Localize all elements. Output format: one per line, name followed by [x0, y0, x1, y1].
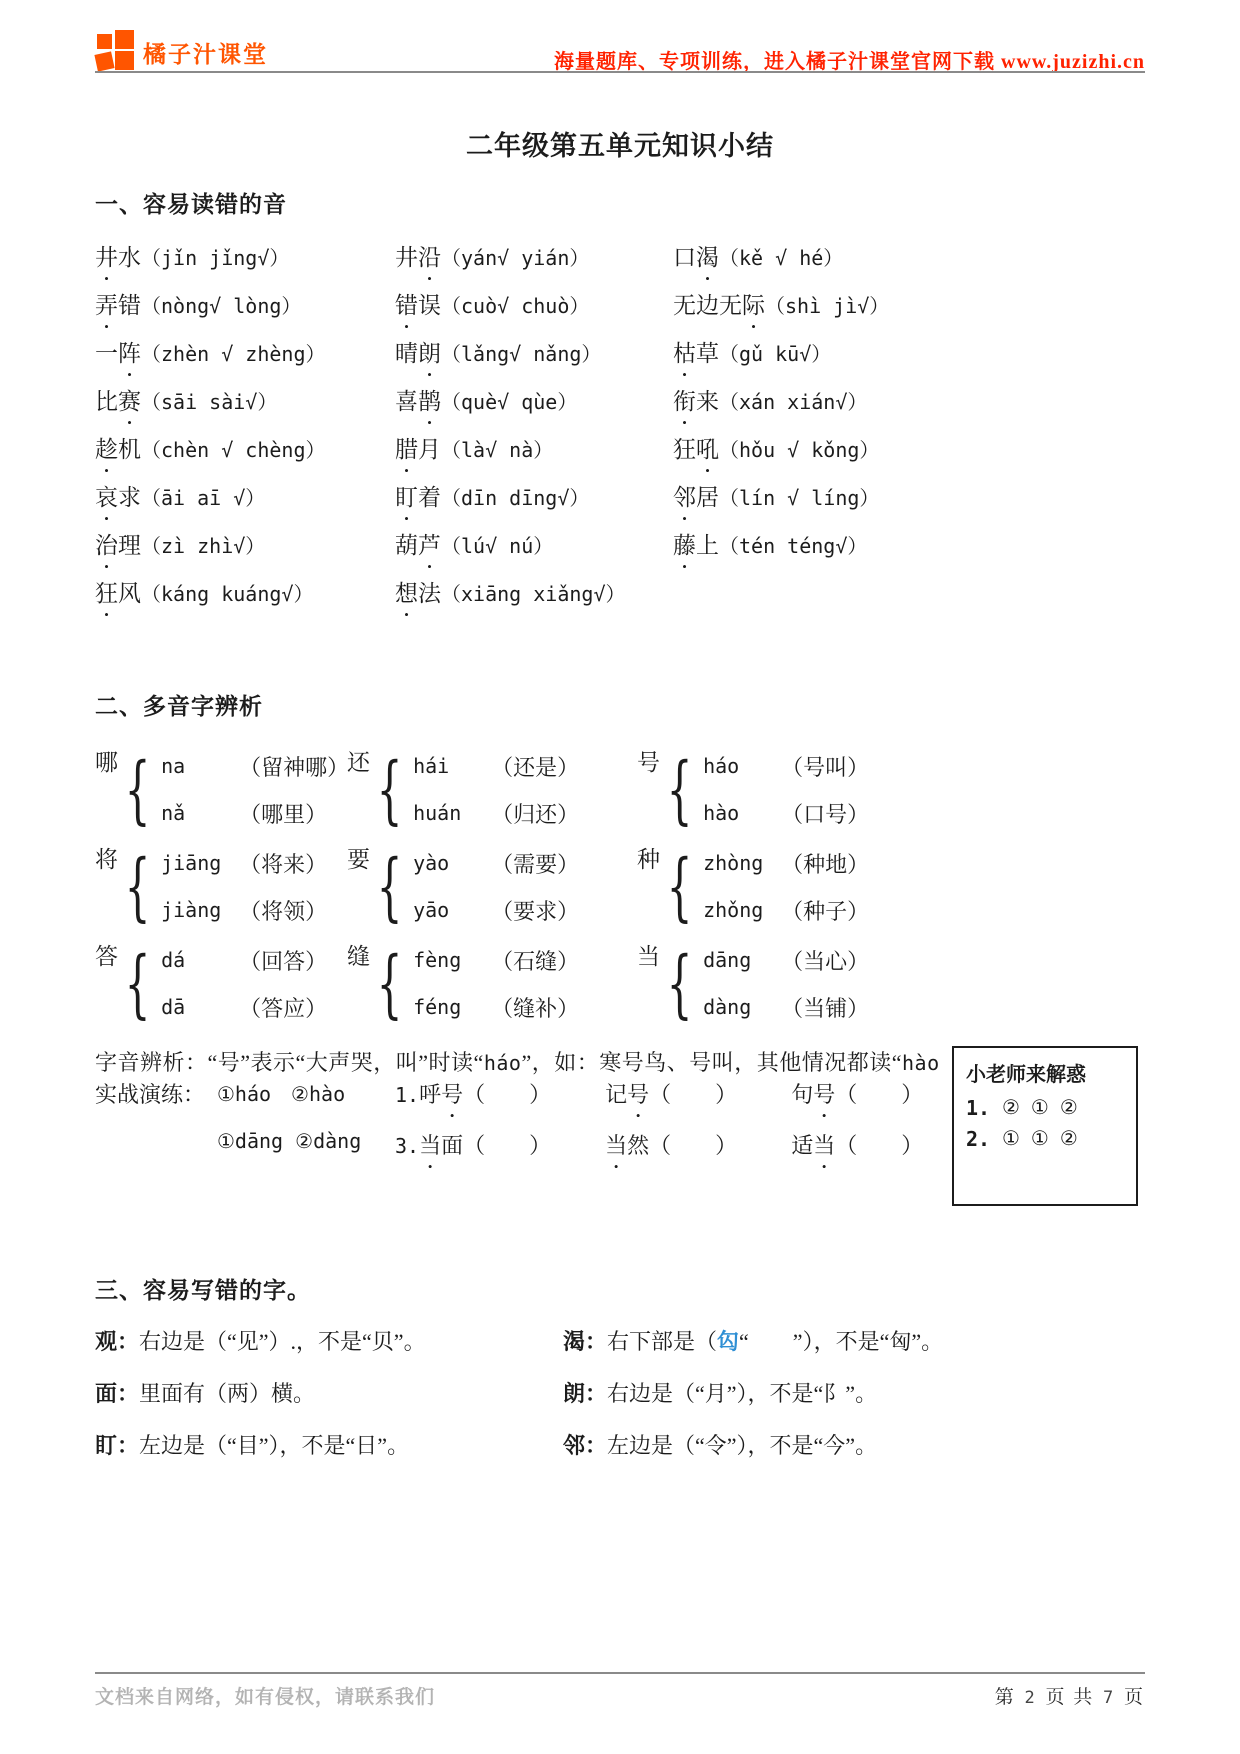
pinyin-options: （sāi sài√） [141, 390, 277, 414]
reading-example: （需要） [491, 848, 579, 879]
orange-squares-logo-icon [95, 30, 137, 74]
reading-pinyin: dàng [703, 995, 781, 1019]
reading-example: （还是） [491, 751, 579, 782]
word-row: 治理（zì zhì√）葫芦（lú√ nú）藤上（tén téng√） [95, 527, 1155, 575]
drill-item-number: 1. [395, 1083, 419, 1107]
drill-options: ①háo ②hào [217, 1078, 395, 1107]
word-row: 哀求（āi aī √）盯着（dīn dīng√）邻居（lín √ líng） [95, 479, 1155, 527]
reading-pinyin: yāo [413, 898, 491, 922]
test-word: 弄错 [95, 293, 141, 318]
pinyin-options: （lín √ líng） [719, 486, 879, 510]
reading-item: jiāng（将来） [161, 840, 327, 887]
pinyin-options: （dīn dīng√） [441, 486, 589, 510]
reading-pinyin: jiàng [161, 898, 239, 922]
handwritten-blue-char: 匃 [717, 1329, 739, 1354]
pinyin-options: （zì zhì√） [141, 534, 265, 558]
test-word: 枯草 [673, 341, 719, 366]
test-word: 呼号 [419, 1082, 463, 1107]
answer-number: 1. [966, 1096, 1002, 1120]
test-word: 趁机 [95, 437, 141, 462]
reading-pinyin: zhòng [703, 851, 781, 875]
answer-blank: （ ） [835, 1133, 923, 1158]
word-entry: 井水（jǐn jǐng√） [95, 239, 395, 272]
test-word: 适当 [791, 1133, 835, 1158]
pinyin-options: （hǒu √ kǒng） [719, 438, 879, 462]
reading-example: （要求） [491, 895, 579, 926]
brand-logo: 橘子汁课堂 [95, 30, 268, 74]
total-page-number: 7 [1101, 1688, 1117, 1708]
reading-example: （当心） [781, 945, 869, 976]
test-word: 记号 [605, 1082, 649, 1107]
drill-options: ①dāng ②dàng [217, 1129, 395, 1153]
reading-example: （石缝） [491, 945, 579, 976]
reading-example: （回答） [239, 945, 327, 976]
word-entry: 口渴（kě √ hé） [673, 239, 1155, 272]
reading-pinyin: jiāng [161, 851, 239, 875]
word-row: 狂风（káng kuáng√）想法（xiāng xiǎng√） [95, 575, 1155, 623]
miswritten-row: 观：右边是（“见”）.，不是“贝”。渴：右下部是（匃“ ”），不是“匈”。 [95, 1325, 1155, 1377]
reading-pinyin: dá [161, 948, 239, 972]
pinyin-options: （xán xián√） [719, 390, 867, 414]
footer-disclaimer: 文档来自网络，如有侵权，请联系我们 [95, 1682, 435, 1709]
page-number-mid: 页 共 [1045, 1687, 1094, 1708]
polyphonic-char: 号 [637, 741, 660, 785]
page-footer: 文档来自网络，如有侵权，请联系我们 第 2 页 共 7 页 [95, 1682, 1145, 1709]
test-word: 当然 [605, 1133, 649, 1158]
word-entry: 枯草（gǔ kū√） [673, 335, 1155, 368]
pinyin-options: （què√ qùe） [441, 390, 577, 414]
reading-item: féng（缝补） [413, 984, 579, 1031]
test-word: 无边无际 [673, 293, 765, 318]
test-word: 井沿 [395, 245, 441, 270]
section3-heading: 三、容易写错的字。 [95, 1272, 1155, 1305]
reading-example: （答应） [239, 992, 327, 1023]
pinyin-options: （tén téng√） [719, 534, 867, 558]
reading-example: （留神哪） [239, 751, 347, 782]
miswritten-row: 面：里面有（两）横。朗：右边是（“月”），不是“阝”。 [95, 1377, 1155, 1429]
polyphonic-groups: 哪{na（留神哪）nǎ（哪里）还{hái（还是）huán（归还）号{háo（号叫… [95, 741, 1155, 1032]
pinyin-options: （zhèn √ zhèng） [141, 342, 326, 366]
reading-item: jiàng（将领） [161, 887, 327, 934]
polyphonic-char: 当 [637, 935, 660, 979]
reading-item: nǎ（哪里） [161, 790, 347, 837]
pinyin-options: （là√ nà） [441, 438, 553, 462]
test-word: 句号 [791, 1082, 835, 1107]
reading-pinyin: na [161, 754, 239, 778]
answer-blank: （ ） [649, 1082, 737, 1107]
drill-item: 1.呼号（ ） [395, 1078, 551, 1109]
entry-text: 里面有（两）横。 [139, 1381, 315, 1406]
word-entry: 葫芦（lú√ nú） [395, 527, 673, 560]
pinyin-options: （chèn √ chèng） [141, 438, 326, 462]
word-entry: 趁机（chèn √ chèng） [95, 431, 395, 464]
section2-heading: 二、多音字辨析 [95, 688, 1155, 721]
page-number: 第 2 页 共 7 页 [995, 1682, 1145, 1709]
miswritten-entry: 邻：左边是（“令”），不是“今”。 [563, 1429, 1155, 1460]
word-row: 弄错（nòng√ lòng）错误（cuò√ chuò）无边无际（shì jì√） [95, 287, 1155, 335]
reading-item: na（留神哪） [161, 743, 347, 790]
word-row: 一阵（zhèn √ zhèng）晴朗（lǎng√ nǎng）枯草（gǔ kū√） [95, 335, 1155, 383]
drill-item: 当然（ ） [605, 1129, 737, 1160]
reading-item: dā（答应） [161, 984, 327, 1031]
reading-item: zhòng（种地） [703, 840, 869, 887]
polyphonic-group: 缝{fèng（石缝）féng（缝补） [347, 935, 637, 1032]
drill-item: 3.当面（ ） [395, 1129, 551, 1160]
note-segment: háo [484, 1051, 522, 1075]
polyphonic-char: 答 [95, 935, 118, 979]
answer-box-answers: 1.② ① ②2.① ① ② [966, 1095, 1124, 1151]
miswritten-entry: 盯：左边是（“目”），不是“日”。 [95, 1429, 563, 1460]
note-segment: 字音辨析：“号”表示“大声哭，叫”时读“ [95, 1050, 484, 1075]
section-misread-sounds: 一、容易读错的音 井水（jǐn jǐng√）井沿（yán√ yián）口渴（kě… [95, 186, 1155, 623]
reading-example: （口号） [781, 798, 869, 829]
polyphonic-group: 还{hái（还是）huán（归还） [347, 741, 637, 838]
polyphonic-char: 种 [637, 838, 660, 882]
note-segment: ”，如：寒号鸟、号叫，其他情况都读“ [521, 1050, 902, 1075]
test-word: 盯着 [395, 485, 441, 510]
word-entry: 错误（cuò√ chuò） [395, 287, 673, 320]
drill-label: 实战演练： [95, 1078, 217, 1109]
page-number-suffix: 页 [1124, 1687, 1145, 1708]
polyphonic-group: 答{dá（回答）dā（答应） [95, 935, 347, 1032]
reading-example: （将领） [239, 895, 327, 926]
reading-example: （归还） [491, 798, 579, 829]
test-word: 错误 [395, 293, 441, 318]
curly-brace: { [377, 743, 403, 837]
document-page: 橘子汁课堂 海量题库、专项训练，进入橘子汁课堂官网下载 www.juzizhi.… [0, 0, 1240, 1754]
test-word: 狂吼 [673, 437, 719, 462]
reading-example: （号叫） [781, 751, 869, 782]
miswritten-entry: 面：里面有（两）横。 [95, 1377, 563, 1408]
curly-brace: { [125, 743, 151, 837]
target-char: 渴： [563, 1329, 607, 1354]
polyphonic-char: 将 [95, 838, 118, 882]
reading-pinyin: fèng [413, 948, 491, 972]
answer-blank: （ ） [463, 1133, 551, 1158]
target-char: 邻： [563, 1433, 607, 1458]
page-number-prefix: 第 [995, 1687, 1016, 1708]
drill-item: 记号（ ） [605, 1078, 737, 1109]
test-word: 哀求 [95, 485, 141, 510]
test-word: 晴朗 [395, 341, 441, 366]
test-word: 治理 [95, 533, 141, 558]
reading-item: dá（回答） [161, 937, 327, 984]
polyphonic-char: 缝 [347, 935, 370, 979]
test-word: 井水 [95, 245, 141, 270]
curly-brace: { [377, 840, 403, 934]
reading-pinyin: háo [703, 754, 781, 778]
drill-item-number: 3. [395, 1134, 419, 1158]
page-title: 二年级第五单元知识小结 [0, 124, 1240, 163]
miswritten-row: 盯：左边是（“目”），不是“日”。邻：左边是（“令”），不是“今”。 [95, 1429, 1155, 1481]
miswritten-entry: 渴：右下部是（匃“ ”），不是“匈”。 [563, 1325, 1155, 1356]
test-word: 衔来 [673, 389, 719, 414]
reading-example: （当铺） [781, 992, 869, 1023]
test-word: 葫芦 [395, 533, 441, 558]
reading-example: （缝补） [491, 992, 579, 1023]
word-entry: 弄错（nòng√ lòng） [95, 287, 395, 320]
word-entry: 井沿（yán√ yián） [395, 239, 673, 272]
test-word: 藤上 [673, 533, 719, 558]
entry-text: “ ”），不是“匈”。 [739, 1329, 943, 1354]
reading-item: dàng（当铺） [703, 984, 869, 1031]
entry-text: 右边是（“月”），不是“阝”。 [607, 1381, 877, 1406]
curly-brace: { [125, 840, 151, 934]
polyphonic-char: 还 [347, 741, 370, 785]
curly-brace: { [667, 937, 693, 1031]
test-word: 喜鹊 [395, 389, 441, 414]
word-row: 趁机（chèn √ chèng）腊月（là√ nà）狂吼（hǒu √ kǒng） [95, 431, 1155, 479]
word-entry: 喜鹊（què√ qùe） [395, 383, 673, 416]
reading-item: zhǒng（种子） [703, 887, 869, 934]
target-char: 观： [95, 1329, 139, 1354]
pinyin-options: （lú√ nú） [441, 534, 553, 558]
section-miswritten-chars: 三、容易写错的字。 观：右边是（“见”）.，不是“贝”。渴：右下部是（匃“ ”）… [95, 1272, 1155, 1481]
word-entry: 哀求（āi aī √） [95, 479, 395, 512]
reading-pinyin: féng [413, 995, 491, 1019]
footer-divider [95, 1672, 1145, 1674]
word-entry: 腊月（là√ nà） [395, 431, 673, 464]
polyphonic-group: 哪{na（留神哪）nǎ（哪里） [95, 741, 347, 838]
polyphonic-char: 哪 [95, 741, 118, 785]
header-divider [95, 71, 1145, 73]
word-entry: 治理（zì zhì√） [95, 527, 395, 560]
word-entry: 盯着（dīn dīng√） [395, 479, 673, 512]
test-word: 比赛 [95, 389, 141, 414]
test-word: 邻居 [673, 485, 719, 510]
word-entry: 狂风（káng kuáng√） [95, 575, 395, 608]
polyphonic-group: 当{dāng（当心）dàng（当铺） [637, 935, 1155, 1032]
reading-pinyin: hái [413, 754, 491, 778]
reading-item: yào（需要） [413, 840, 579, 887]
pinyin-options: （lǎng√ nǎng） [441, 342, 601, 366]
curly-brace: { [377, 937, 403, 1031]
miswritten-entry: 观：右边是（“见”）.，不是“贝”。 [95, 1325, 563, 1356]
note-segment: hào [902, 1051, 952, 1075]
pinyin-options: （cuò√ chuò） [441, 294, 589, 318]
answer-value: ① ① ② [1002, 1126, 1081, 1151]
target-char: 盯： [95, 1433, 139, 1458]
drill-item: 适当（ ） [791, 1129, 923, 1160]
reading-example: （种地） [781, 848, 869, 879]
reading-item: huán（归还） [413, 790, 579, 837]
answer-value: ② ① ② [1002, 1095, 1081, 1120]
test-word: 口渴 [673, 245, 719, 270]
pronunciation-word-list: 井水（jǐn jǐng√）井沿（yán√ yián）口渴（kě √ hé）弄错（… [95, 239, 1155, 623]
pinyin-options: （xiāng xiǎng√） [441, 582, 626, 606]
pinyin-options: （āi aī √） [141, 486, 265, 510]
test-word: 当面 [419, 1133, 463, 1158]
answer-row: 2.① ① ② [966, 1126, 1124, 1151]
test-word: 狂风 [95, 581, 141, 606]
miswritten-entry: 朗：右边是（“月”），不是“阝”。 [563, 1377, 1155, 1408]
header-promo-text: 海量题库、专项训练，进入橘子汁课堂官网下载 www.juzizhi.cn [554, 45, 1145, 74]
word-entry: 邻居（lín √ líng） [673, 479, 1155, 512]
curly-brace: { [667, 840, 693, 934]
reading-example: （哪里） [239, 798, 327, 829]
word-entry: 无边无际（shì jì√） [673, 287, 1155, 320]
section1-heading: 一、容易读错的音 [95, 186, 1155, 219]
drill-item: 句号（ ） [791, 1078, 923, 1109]
word-entry: 狂吼（hǒu √ kǒng） [673, 431, 1155, 464]
word-entry: 比赛（sāi sài√） [95, 383, 395, 416]
reading-item: hào（口号） [703, 790, 869, 837]
reading-pinyin: yào [413, 851, 491, 875]
pinyin-options: （yán√ yián） [441, 246, 589, 270]
polyphonic-group: 要{yào（需要）yāo（要求） [347, 838, 637, 935]
word-row: 井水（jǐn jǐng√）井沿（yán√ yián）口渴（kě √ hé） [95, 239, 1155, 287]
polyphonic-group: 将{jiāng（将来）jiàng（将领） [95, 838, 347, 935]
word-entry: 想法（xiāng xiǎng√） [395, 575, 673, 608]
reading-pinyin: dāng [703, 948, 781, 972]
test-word: 腊月 [395, 437, 441, 462]
polyphonic-group: 号{háo（号叫）hào（口号） [637, 741, 1155, 838]
answer-blank: （ ） [835, 1082, 923, 1107]
reading-pinyin: nǎ [161, 801, 239, 825]
pinyin-options: （jǐn jǐng√） [141, 246, 289, 270]
word-entry: 一阵（zhèn √ zhèng） [95, 335, 395, 368]
reading-pinyin: dā [161, 995, 239, 1019]
current-page-number: 2 [1022, 1688, 1038, 1708]
word-row: 比赛（sāi sài√）喜鹊（què√ qùe）衔来（xán xián√） [95, 383, 1155, 431]
word-entry: 晴朗（lǎng√ nǎng） [395, 335, 673, 368]
curly-brace: { [125, 937, 151, 1031]
word-entry: 衔来（xán xián√） [673, 383, 1155, 416]
reading-item: fèng（石缝） [413, 937, 579, 984]
pinyin-options: （shì jì√） [765, 294, 889, 318]
entry-text: 右边是（“见”）.，不是“贝”。 [139, 1329, 426, 1354]
entry-text: 右下部是（ [607, 1329, 717, 1354]
pinyin-options: （kě √ hé） [719, 246, 843, 270]
page-header: 橘子汁课堂 海量题库、专项训练，进入橘子汁课堂官网下载 www.juzizhi.… [95, 30, 1145, 74]
answer-box: 小老师来解惑 1.② ① ②2.① ① ② [952, 1046, 1138, 1206]
reading-item: dāng（当心） [703, 937, 869, 984]
reading-item: háo（号叫） [703, 743, 869, 790]
miswritten-char-list: 观：右边是（“见”）.，不是“贝”。渴：右下部是（匃“ ”），不是“匈”。面：里… [95, 1325, 1155, 1481]
answer-box-title: 小老师来解惑 [966, 1058, 1124, 1087]
entry-text: 左边是（“目”），不是“日”。 [139, 1433, 409, 1458]
reading-example: （将来） [239, 848, 327, 879]
pinyin-options: （káng kuáng√） [141, 582, 313, 606]
word-entry: 藤上（tén téng√） [673, 527, 1155, 560]
reading-example: （种子） [781, 895, 869, 926]
test-word: 一阵 [95, 341, 141, 366]
reading-pinyin: zhǒng [703, 898, 781, 922]
target-char: 面： [95, 1381, 139, 1406]
answer-blank: （ ） [649, 1133, 737, 1158]
polyphonic-group: 种{zhòng（种地）zhǒng（种子） [637, 838, 1155, 935]
target-char: 朗： [563, 1381, 607, 1406]
pinyin-options: （gǔ kū√） [719, 342, 831, 366]
entry-text: 左边是（“令”），不是“今”。 [607, 1433, 877, 1458]
answer-number: 2. [966, 1127, 1002, 1151]
answer-row: 1.② ① ② [966, 1095, 1124, 1120]
reading-item: yāo（要求） [413, 887, 579, 934]
test-word: 想法 [395, 581, 441, 606]
curly-brace: { [667, 743, 693, 837]
reading-item: hái（还是） [413, 743, 579, 790]
answer-blank: （ ） [463, 1082, 551, 1107]
polyphonic-char: 要 [347, 838, 370, 882]
brand-logo-text: 橘子汁课堂 [143, 36, 268, 69]
reading-pinyin: hào [703, 801, 781, 825]
reading-pinyin: huán [413, 801, 491, 825]
pinyin-options: （nòng√ lòng） [141, 294, 301, 318]
